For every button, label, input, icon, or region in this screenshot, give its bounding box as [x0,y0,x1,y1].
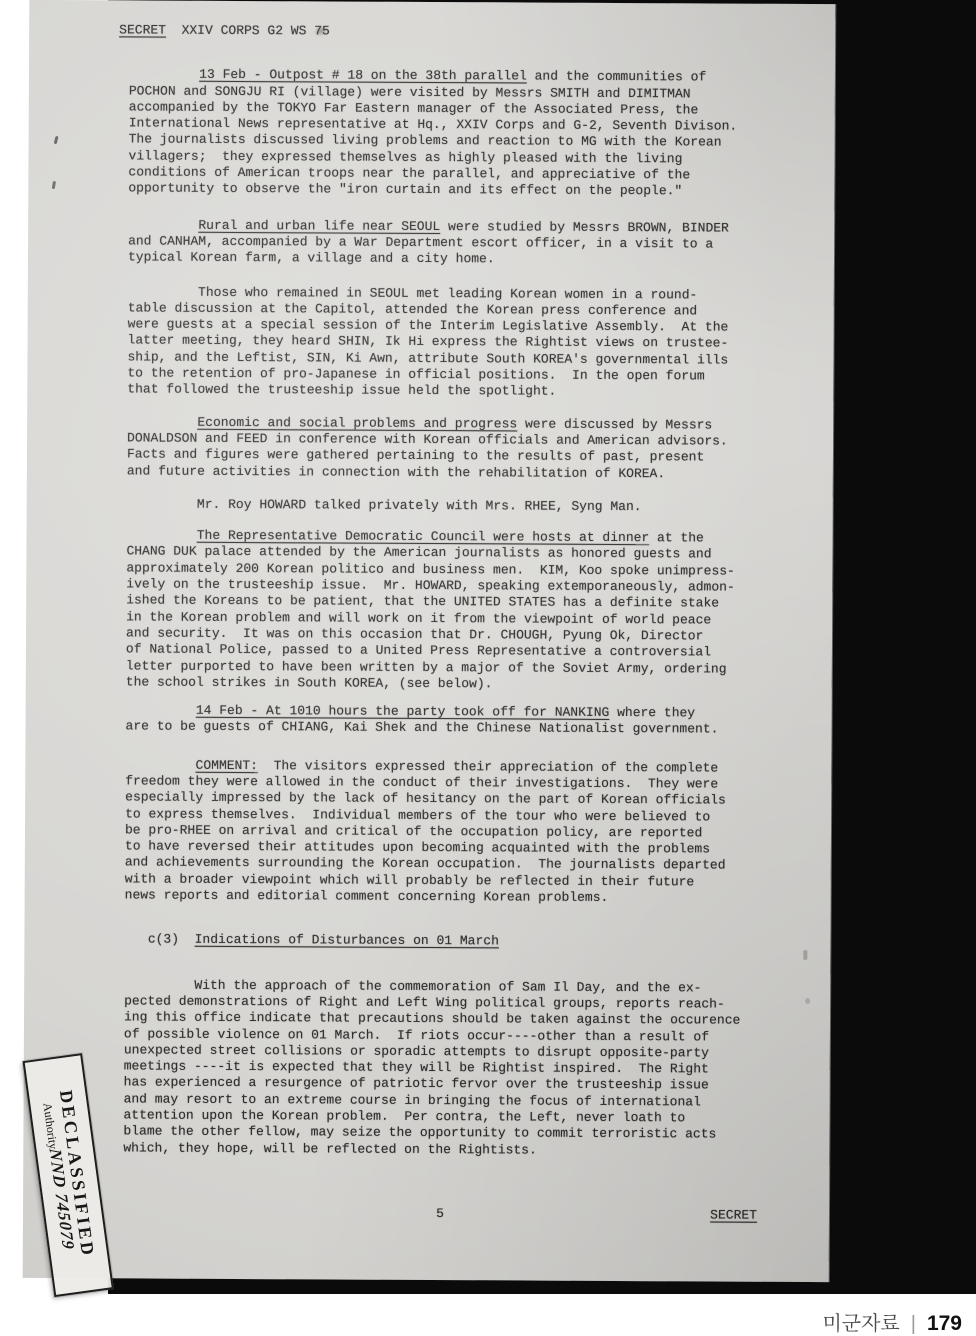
document-page: SECRETXXIV CORPS G2 WS 75 13 Feb - Outpo… [23,0,836,1282]
declassified-stamp: DECLASSIFIED AuthorityNND 745079 [23,1053,114,1297]
header-classification-label: SECRET [119,22,166,37]
screenshot-root: { "doc": { "header": { "classification":… [0,0,976,1336]
underlined-phrase: The Representative Democratic Council we… [197,528,650,545]
underlined-phrase: Indications of Disturbances on 01 March [195,932,499,949]
document-body: 13 Feb - Outpost # 18 on the 38th parall… [123,67,773,1160]
paragraph-economic-social: Economic and social problems and progres… [127,414,771,483]
caption-separator: | [900,1313,927,1335]
paragraph-sam-il-day: With the approach of the commemoration o… [123,977,768,1160]
paragraph-democratic-council-dinner: The Representative Democratic Council we… [126,528,771,694]
page-number: 5 [436,1206,444,1221]
underlined-phrase: COMMENT: [196,757,258,772]
stamp-authority-label: Authority [41,1102,61,1150]
document-title: XXIV CORPS G2 WS 75 [166,23,330,39]
caption-page-number: 179 [927,1312,962,1335]
document-header: SECRETXXIV CORPS G2 WS 75 [119,22,773,42]
section-heading-c3-disturbances: c(3) Indications of Disturbances on 01 M… [124,932,768,952]
underlined-phrase: 13 Feb - Outpost # 18 on the 38th parall… [199,67,527,84]
margin-tick-mark [52,181,56,189]
scan-fleck-mark [803,950,807,960]
document-footer: 5 SECRET [123,1204,767,1222]
book-caption: 미군자료|179 [822,1307,962,1336]
underlined-phrase: Economic and social problems and progres… [197,414,517,431]
document-text-column: SECRETXXIV CORPS G2 WS 75 13 Feb - Outpo… [123,22,773,1159]
caption-source-label: 미군자료 [822,1313,899,1335]
underlined-phrase: Rural and urban life near SEOUL [198,217,440,233]
underlined-phrase: 14 Feb - At 1010 hours the party took of… [196,703,610,720]
margin-tick-mark [54,136,59,144]
paragraph-13-feb-outpost: 13 Feb - Outpost # 18 on the 38th parall… [128,67,773,201]
paragraph-14-feb-nanking: 14 Feb - At 1010 hours the party took of… [126,703,770,739]
scan-fleck-mark [805,998,810,1004]
paragraph-comment: COMMENT: The visitors expressed their ap… [125,757,770,907]
paragraph-howard-rhee: Mr. Roy HOWARD talked privately with Mrs… [127,496,771,516]
footer-classification-label: SECRET [710,1207,757,1222]
paragraph-rural-urban-life: Rural and urban life near SEOUL were stu… [128,217,772,269]
paragraph-seoul-roundtable: Those who remained in SEOUL met leading … [127,284,772,401]
